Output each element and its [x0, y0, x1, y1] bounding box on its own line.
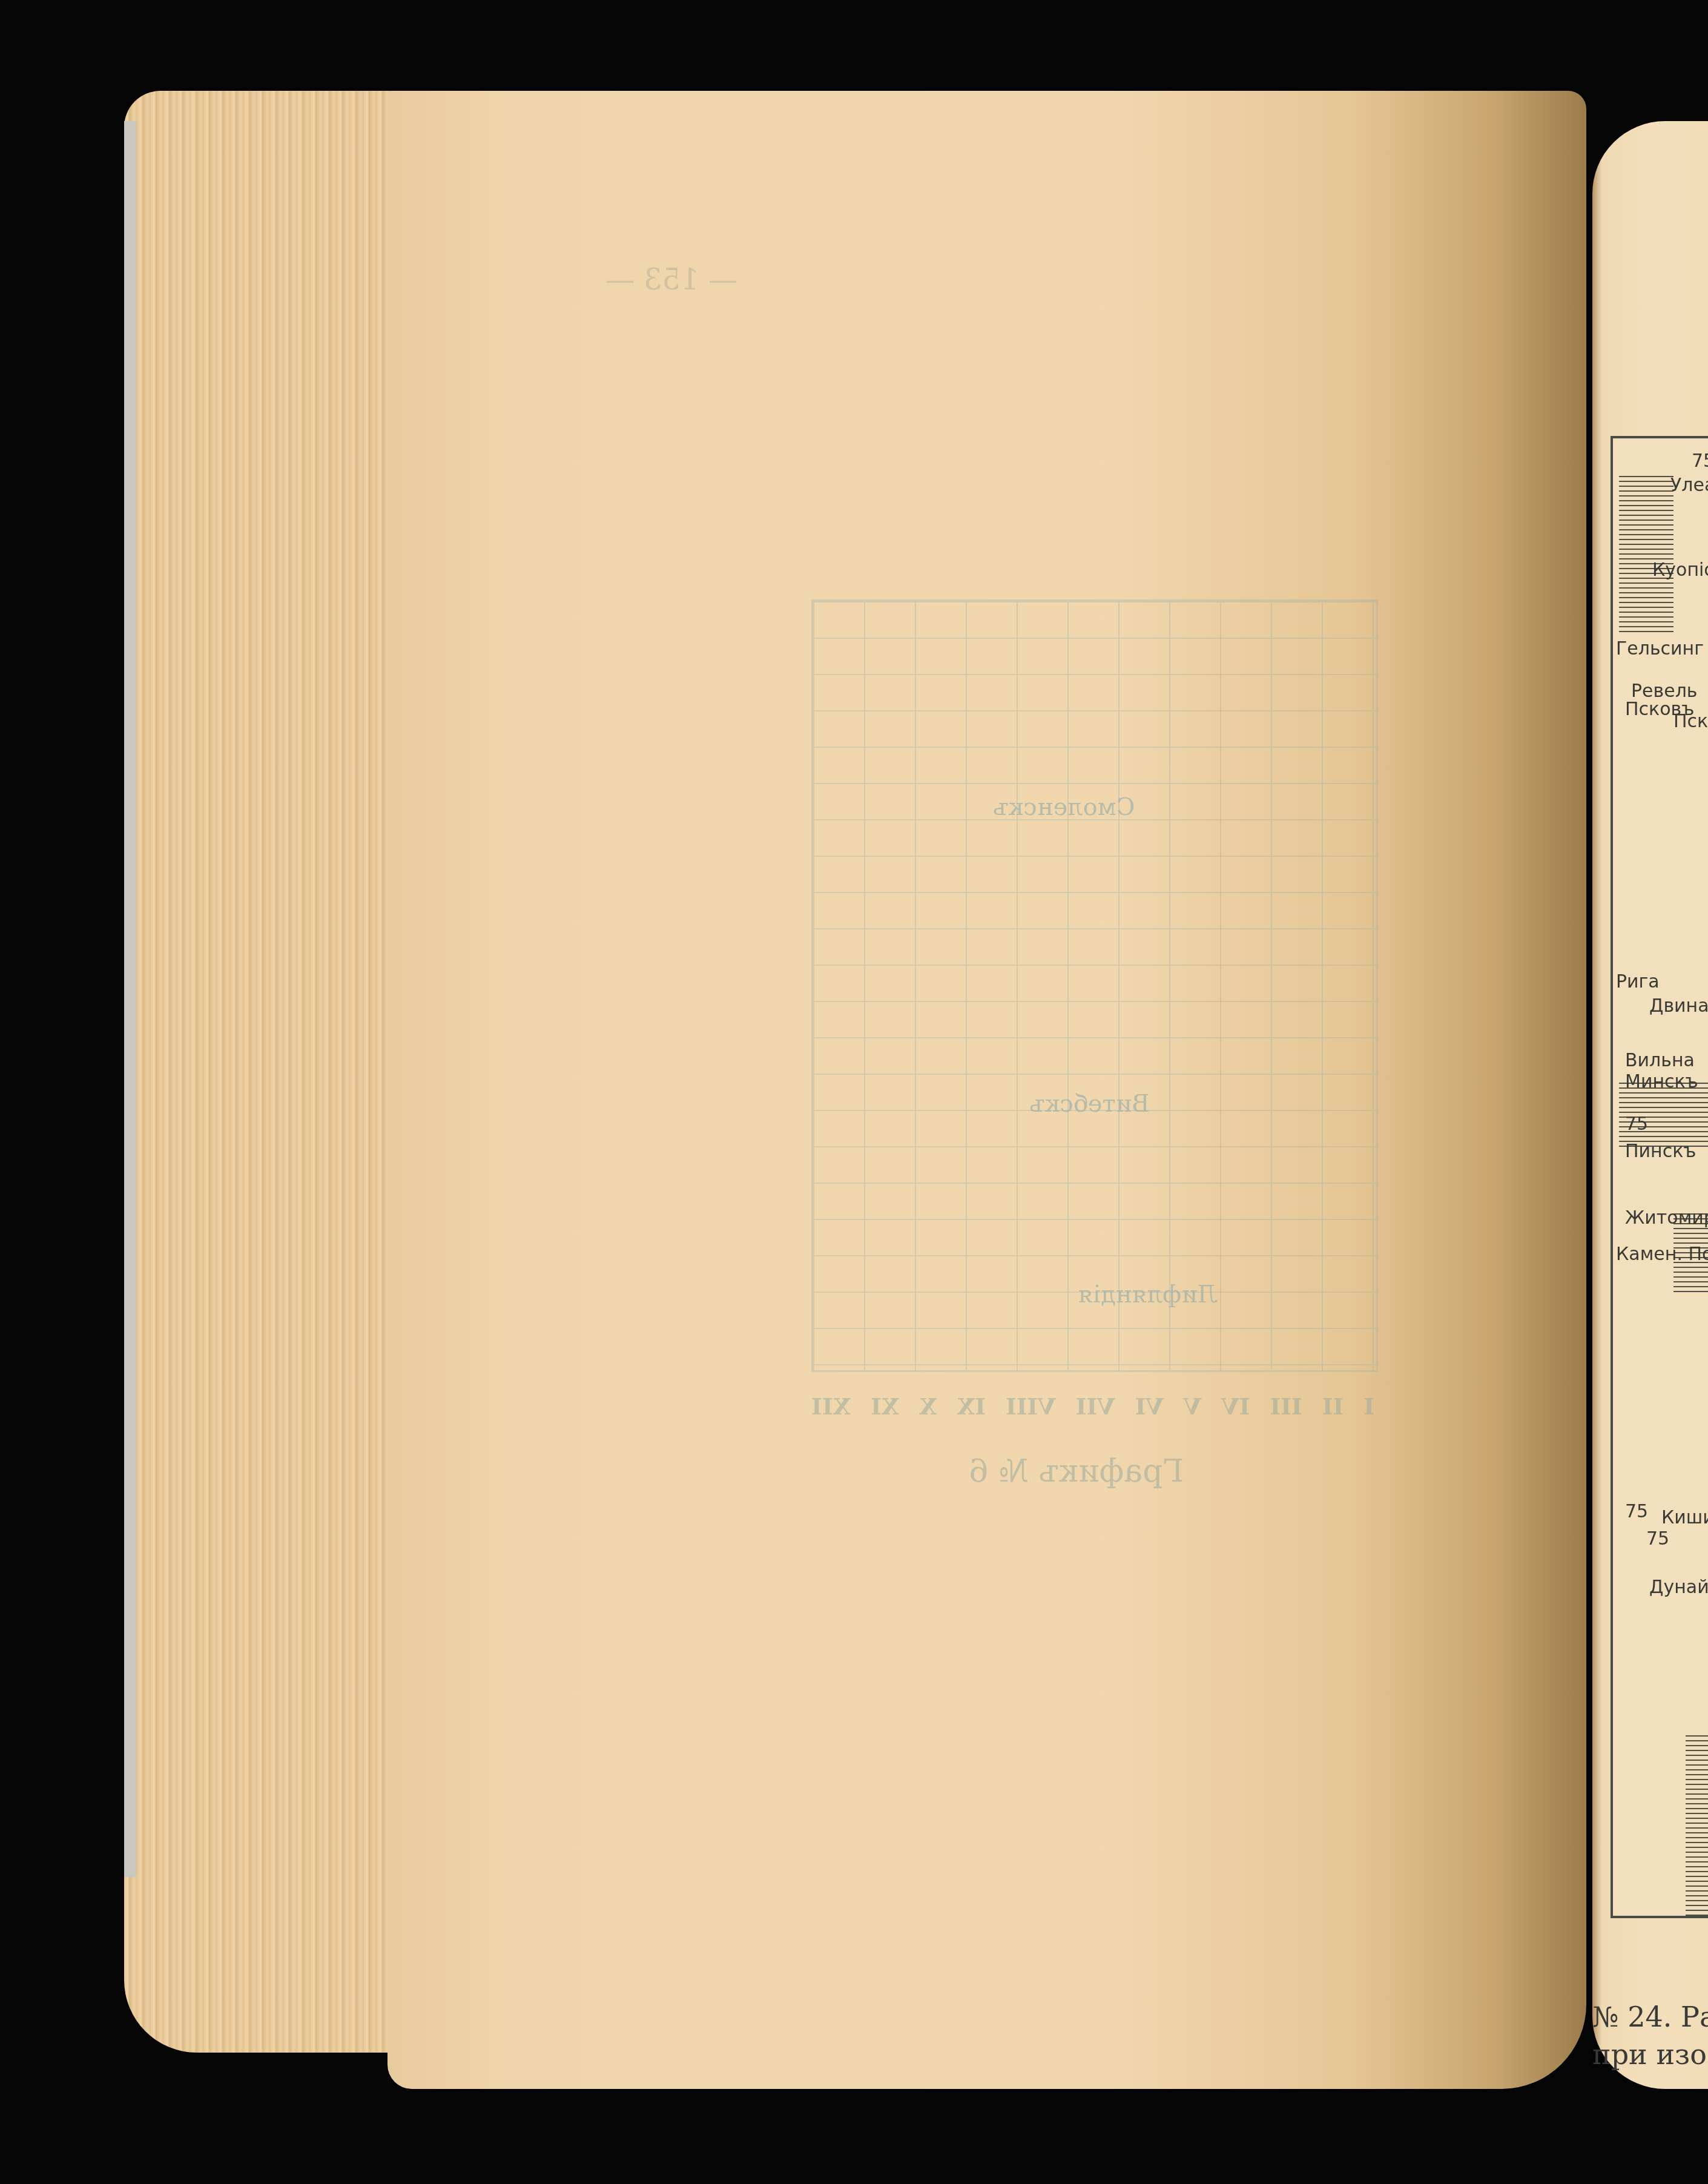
map-label: Киши: [1661, 1507, 1708, 1528]
book-page-stack: [124, 91, 415, 2053]
graph-caption-ghost: Графикъ № 6: [969, 1453, 1184, 1490]
map-label: Вильна: [1625, 1050, 1695, 1071]
caption-line-1: № 24. Рас: [1592, 1998, 1708, 2036]
axis-tick: II: [1322, 1393, 1344, 1420]
map-label: Пинскъ: [1625, 1141, 1696, 1162]
axis-tick: V: [1184, 1393, 1201, 1420]
map-label: Пск: [1673, 711, 1708, 732]
map-label: 75: [1625, 1113, 1648, 1135]
map-label: Камен. Подол: [1616, 1244, 1708, 1265]
map-label: Куопіо: [1652, 559, 1708, 581]
map-label: 75: [1625, 1501, 1648, 1522]
map-label: Дунай: [1649, 1577, 1708, 1598]
showthrough-graph: [811, 599, 1378, 1372]
page-number-ghost: — 153 —: [605, 254, 737, 305]
graph-axis-ticks: I II III IV V VI VII VIII IX X XI XII: [811, 1393, 1374, 1420]
axis-tick: I: [1363, 1393, 1374, 1420]
axis-tick: X: [919, 1393, 937, 1420]
axis-tick: III: [1270, 1393, 1302, 1420]
map-label: Улеа: [1670, 475, 1708, 496]
caption-line-2: при изо: [1592, 2036, 1708, 2073]
book-cover-edge: [124, 121, 136, 1877]
graph-label: Лифляндія: [1078, 1281, 1218, 1308]
map-label: Житомиръ: [1625, 1207, 1708, 1229]
map-label: Минскъ: [1625, 1071, 1698, 1092]
graph-label: Смоленскъ: [993, 793, 1135, 821]
map-label: Двина: [1649, 995, 1708, 1017]
black-sea-hatching: [1686, 1734, 1708, 1916]
axis-tick: VII: [1076, 1393, 1115, 1420]
map-label: Гельсинг: [1616, 638, 1704, 659]
axis-tick: VIII: [1006, 1393, 1056, 1420]
graph-label: Витебскъ: [1029, 1090, 1150, 1118]
figure-caption: № 24. Рас при изо: [1592, 1998, 1708, 2073]
axis-tick: XI: [871, 1393, 899, 1420]
map-label: 75: [1692, 450, 1708, 472]
axis-tick: XII: [811, 1393, 851, 1420]
sea-hatching: [1619, 475, 1673, 632]
map-label: 75: [1646, 1528, 1669, 1549]
axis-tick: IV: [1221, 1393, 1250, 1420]
axis-tick: VI: [1135, 1393, 1164, 1420]
map-label: Рига: [1616, 971, 1660, 992]
map-figure: 75 Улеа Куопіо Гельсинг Ревель Псковъ Пс…: [1611, 436, 1708, 1918]
axis-tick: IX: [957, 1393, 986, 1420]
